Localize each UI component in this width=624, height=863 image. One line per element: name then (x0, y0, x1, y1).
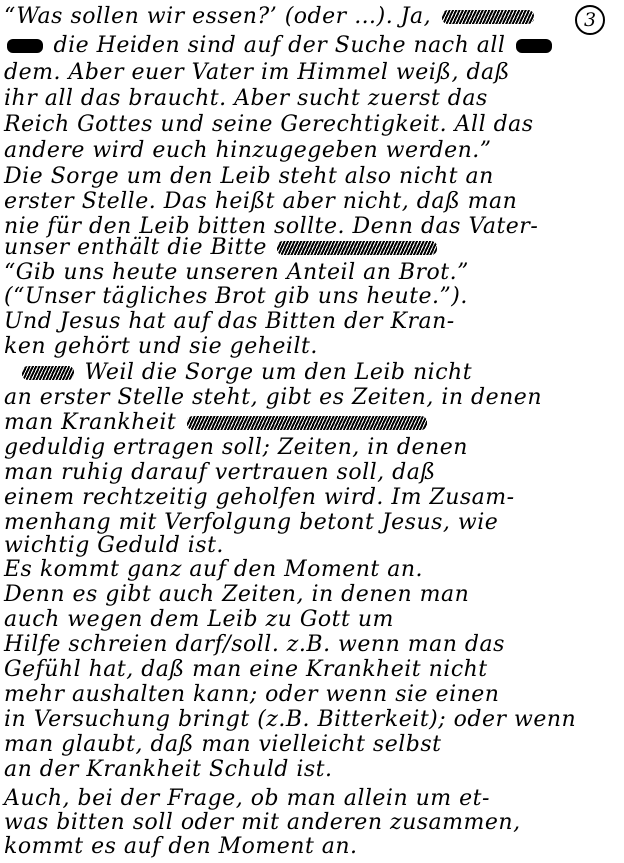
text: Denn es gibt auch Zeiten, in denen man (4, 582, 469, 607)
text: Es kommt ganz auf den Moment an. (4, 557, 423, 582)
text: geduldig ertragen soll; Zeiten, in denen (4, 435, 468, 460)
text-line: geduldig ertragen soll; Zeiten, in denen (4, 435, 468, 460)
text: man ruhig darauf vertrauen soll, daß (4, 460, 436, 485)
text: wichtig Geduld ist. (4, 533, 224, 558)
text-line: ken gehört und sie geheilt. (4, 334, 318, 359)
text-line: Hilfe schreien darf/soll. z.B. wenn man … (4, 632, 505, 657)
text-line: an der Krankheit Schuld ist. (4, 757, 333, 782)
text-line: in Versuchung bringt (z.B. Bitterkeit); … (4, 707, 576, 732)
text: unser enthält die Bitte (4, 235, 267, 260)
text: kommt es auf den Moment an. (4, 834, 358, 859)
text-line: die Heiden sind auf der Suche nach all (4, 33, 555, 58)
page-number-circle: 3 (575, 5, 605, 35)
text-line: Denn es gibt auch Zeiten, in denen man (4, 582, 469, 607)
text: Gefühl hat, daß man eine Krankheit nicht (4, 657, 488, 682)
text-line: Weil die Sorge um den Leib nicht (4, 360, 472, 385)
crossed-out-text (516, 39, 552, 53)
text-line: an erster Stelle steht, gibt es Zeiten, … (4, 385, 542, 410)
text: auch wegen dem Leib zu Gott um (4, 607, 394, 632)
text: erster Stelle. Das heißt aber nicht, daß… (4, 189, 517, 214)
crossed-out-text (442, 10, 534, 24)
text-line: “Was sollen wir essen?’ (oder …). Ja, (4, 4, 537, 29)
text-line: was bitten soll oder mit anderen zusamme… (4, 810, 521, 835)
text: Die Sorge um den Leib steht also nicht a… (4, 164, 494, 189)
text-line: Reich Gottes und seine Gerechtigkeit. Al… (4, 112, 534, 137)
text-line: Und Jesus hat auf das Bitten der Kran- (4, 309, 455, 334)
text: “Was sollen wir essen?’ (oder …). Ja, (4, 4, 431, 29)
text: Reich Gottes und seine Gerechtigkeit. Al… (4, 112, 534, 137)
text-line: einem rechtzeitig geholfen wird. Im Zusa… (4, 485, 515, 510)
crossed-out-text (277, 241, 437, 255)
text-line: kommt es auf den Moment an. (4, 834, 358, 859)
text: “Gib uns heute unseren Anteil an Brot.” (4, 260, 469, 285)
text-line: wichtig Geduld ist. (4, 533, 224, 558)
text: in Versuchung bringt (z.B. Bitterkeit); … (4, 707, 576, 732)
text: dem. Aber euer Vater im Himmel weiß, daß (4, 60, 510, 85)
text: an erster Stelle steht, gibt es Zeiten, … (4, 385, 542, 410)
text: ken gehört und sie geheilt. (4, 334, 318, 359)
text-line: man ruhig darauf vertrauen soll, daß (4, 460, 436, 485)
crossed-out-text (7, 39, 43, 53)
handwritten-manuscript-page: 3 “Was sollen wir essen?’ (oder …). Ja, … (0, 0, 624, 863)
text: man Krankheit (4, 410, 176, 435)
text-line: dem. Aber euer Vater im Himmel weiß, daß (4, 60, 510, 85)
crossed-out-text (22, 366, 74, 380)
text-line: Es kommt ganz auf den Moment an. (4, 557, 423, 582)
text: Weil die Sorge um den Leib nicht (85, 360, 473, 385)
text: andere wird euch hinzugegeben werden.” (4, 138, 492, 163)
text: Hilfe schreien darf/soll. z.B. wenn man … (4, 632, 505, 657)
text: Und Jesus hat auf das Bitten der Kran- (4, 309, 455, 334)
text-line: auch wegen dem Leib zu Gott um (4, 607, 394, 632)
text: an der Krankheit Schuld ist. (4, 757, 333, 782)
text-line: Die Sorge um den Leib steht also nicht a… (4, 164, 494, 189)
text-line: Auch, bei der Frage, ob man allein um et… (4, 786, 490, 811)
text-line: ihr all das braucht. Aber sucht zuerst d… (4, 86, 488, 111)
text-line: unser enthält die Bitte (4, 235, 440, 260)
text: menhang mit Verfolgung betont Jesus, wie (4, 510, 498, 535)
text-line: andere wird euch hinzugegeben werden.” (4, 138, 492, 163)
text: Auch, bei der Frage, ob man allein um et… (4, 786, 490, 811)
text-line: Gefühl hat, daß man eine Krankheit nicht (4, 657, 488, 682)
text-line: (“Unser tägliches Brot gib uns heute.”). (4, 284, 468, 309)
text: man glaubt, daß man vielleicht selbst (4, 732, 441, 757)
text-line: erster Stelle. Das heißt aber nicht, daß… (4, 189, 517, 214)
text: (“Unser tägliches Brot gib uns heute.”). (4, 284, 468, 309)
text-line: menhang mit Verfolgung betont Jesus, wie (4, 510, 498, 535)
text: ihr all das braucht. Aber sucht zuerst d… (4, 86, 488, 111)
text-line: “Gib uns heute unseren Anteil an Brot.” (4, 260, 469, 285)
text: mehr aushalten kann; oder wenn sie einen (4, 682, 499, 707)
text-line: mehr aushalten kann; oder wenn sie einen (4, 682, 499, 707)
text: die Heiden sind auf der Suche nach all (54, 33, 506, 58)
text-line: man glaubt, daß man vielleicht selbst (4, 732, 441, 757)
text-line: man Krankheit (4, 410, 430, 435)
text: was bitten soll oder mit anderen zusamme… (4, 810, 521, 835)
text: einem rechtzeitig geholfen wird. Im Zusa… (4, 485, 515, 510)
crossed-out-text (187, 416, 427, 430)
